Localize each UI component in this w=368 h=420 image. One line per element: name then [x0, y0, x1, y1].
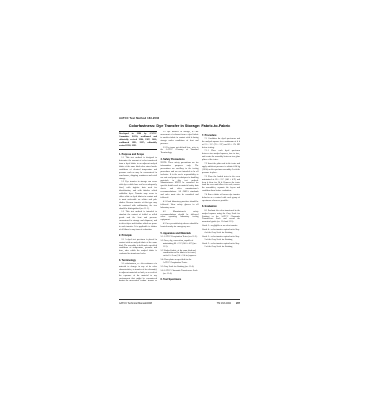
paragraph: 1.2 Dye transfer in storage can occur wi…: [119, 181, 157, 210]
paragraph: 5.1 AATCC Perspiration Tester (see 11.2)…: [161, 236, 199, 239]
page-footer: AATCC Technical Manual/2008 TM 163-2002 …: [119, 299, 240, 305]
column-left: Developed in 1986 by AATCC Committee RA5…: [119, 131, 157, 281]
paragraph: 5.3 Undyed fabric, of the same kind and …: [161, 250, 199, 259]
paragraph: 5.5 Gray Scale for Staining (see 11.4).: [161, 266, 199, 269]
section-heading: 4. Safety Precautions: [161, 158, 199, 161]
paragraph: Grade 3—color transfer equivalent to Ste…: [202, 236, 240, 242]
column-middle: 3.2 dye transfer in storage, n.—the move…: [161, 131, 199, 281]
paragraph: Grade 4—color transfer equivalent to Ste…: [202, 229, 240, 235]
paragraph: 7.1.1 Place each dyed specimen between t…: [202, 150, 240, 162]
paragraph: 8.1 Evaluate the color transferred to th…: [202, 210, 240, 225]
section-heading: 5. Apparatus and Materials: [161, 232, 199, 235]
paragraph: 7.1 Condition the dyed specimens and the…: [202, 138, 240, 150]
footer-right-group: TM 163-2002 287: [217, 302, 240, 305]
paragraph: 3.3 For terms not defined here, refer to…: [161, 147, 199, 156]
paragraph: 7.3 Place the loaded tester in the oven …: [202, 176, 240, 193]
paragraph: 5.4 Glass plates as specified for the AA…: [161, 259, 199, 265]
footer-page-number: 287: [236, 302, 240, 305]
page-header: AATCC Test Method 163-2002: [119, 117, 240, 120]
section-heading: 2. Principle: [119, 234, 157, 237]
footer-manual-label: AATCC Technical Manual/2008: [119, 302, 152, 305]
paragraph: 4.2 Manufacturer's safety recommendation…: [161, 211, 199, 223]
section-heading: 6. Test Specimens: [161, 278, 199, 281]
section-heading: 1. Purpose and Scope: [119, 153, 157, 156]
paragraph: 1.1 This test method is designed to dete…: [119, 157, 157, 180]
section-heading: 3. Terminology: [119, 259, 157, 262]
paragraph: 4.3 An eyewash/safety shower should be l…: [161, 223, 199, 229]
paragraph: 4.1 Good laboratory practices should be …: [161, 201, 199, 210]
section-heading: 8. Evaluation: [202, 205, 240, 208]
paragraph: 5.2 Oven, dry, convection, capable of ma…: [161, 240, 199, 249]
footer-method-label: TM 163-2002: [217, 302, 231, 305]
paragraph: 3.1 colorfastness, n.—the resistance of …: [119, 263, 157, 281]
paragraph: 7.2 Insert the plate unit in the tester …: [202, 163, 240, 175]
column-right: 7. Procedure7.1 Condition the dyed speci…: [202, 131, 240, 281]
paragraph: Grade 2—color transfer equivalent to Ste…: [202, 243, 240, 249]
paragraph: NOTE: These safety precautions are for i…: [161, 162, 199, 200]
history-box: Developed in 1986 by AATCC Committee RA5…: [119, 131, 157, 150]
paragraph: 1.3 This test method is intended to simu…: [119, 211, 157, 231]
section-heading: 7. Procedure: [202, 134, 240, 137]
paragraph: Grade 5—negligible or no color transfer.: [202, 225, 240, 228]
paragraph: 5.6 AATCC Chromatic Transference Scale (…: [161, 270, 199, 276]
paragraph: 3.2 dye transfer in storage, n.—the move…: [161, 131, 199, 146]
page-title: Colorfastness: Dye Transfer in Storage: …: [119, 124, 240, 128]
paragraph: 7.4 Run a fabric of known dye transfer b…: [202, 194, 240, 203]
document-page: AATCC Test Method 163-2002 Colorfastness…: [119, 117, 240, 305]
paragraph: 2.1 A dyed test specimen is placed in co…: [119, 239, 157, 256]
text-columns: Developed in 1986 by AATCC Committee RA5…: [119, 131, 240, 281]
